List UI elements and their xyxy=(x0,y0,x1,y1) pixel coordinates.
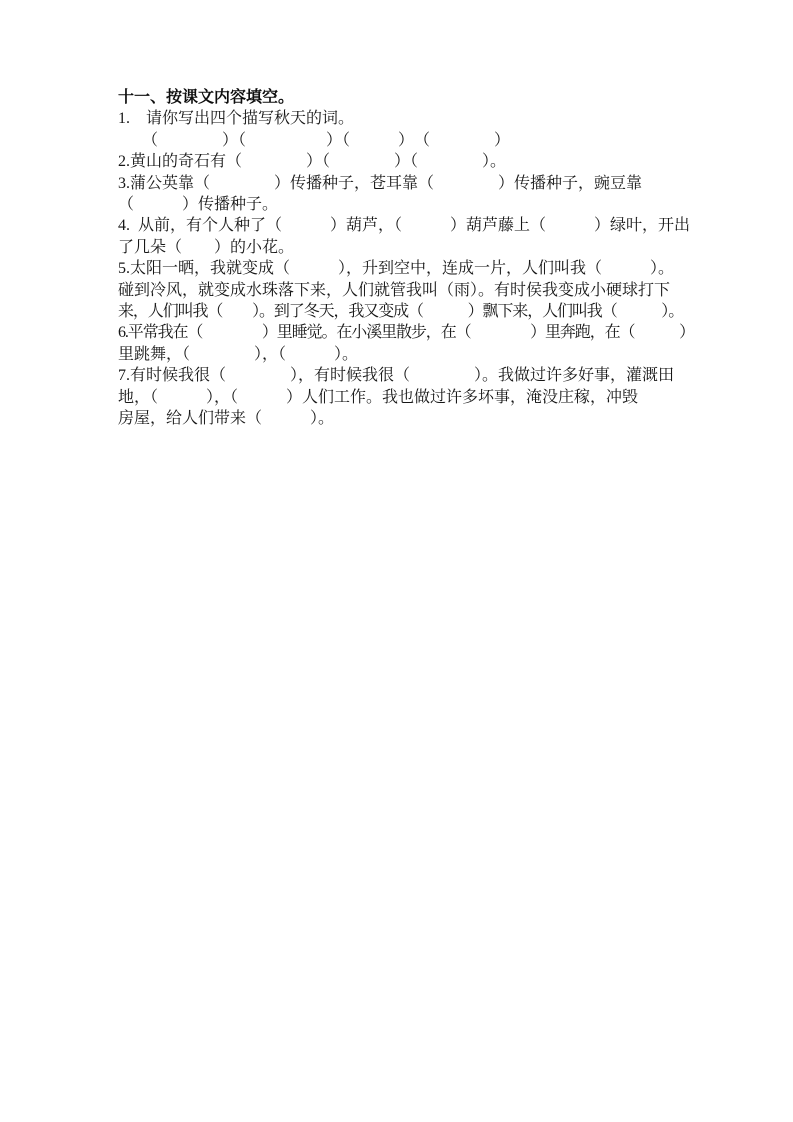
question-5-text-line-1: 5.太阳一晒，我就变成（ ），升到空中，连成一片，人们叫我（ ）。 xyxy=(118,258,688,279)
question-7-text-line-1: 7.有时候我很（ ），有时候我很（ ）。我做过许多好事，灌溉田 xyxy=(118,365,688,386)
question-1-text: 1. 请你写出四个描写秋天的词。 xyxy=(118,108,688,129)
section-heading: 十一、按课文内容填空。 xyxy=(118,87,688,108)
question-7-text-line-3: 房屋，给人们带来（ ）。 xyxy=(118,408,688,429)
question-3-text-line-2: （ ）传播种子。 xyxy=(118,194,688,215)
question-6-text-line-2: 里跳舞，（ ），（ ）。 xyxy=(118,344,688,365)
question-7-text-line-2: 地，（ ），（ ）人们工作。我也做过许多坏事，淹没庄稼，冲毁 xyxy=(118,387,688,408)
document-page: 十一、按课文内容填空。 1. 请你写出四个描写秋天的词。 （ ）（ ）（ ） （… xyxy=(0,0,793,1122)
question-1-blanks: （ ）（ ）（ ） （ ） xyxy=(118,130,688,151)
question-5-text-line-2: 碰到冷风，就变成水珠落下来，人们就管我叫（雨）。有时侯我变成小硬球打下 xyxy=(118,280,688,301)
question-6-text-line-1: 6.平常我在（ ）里睡觉。在小溪里散步，在（ ）里奔跑，在（ ） xyxy=(118,322,688,343)
question-4-text-line-1: 4. 从前，有个人种了（ ）葫芦，（ ）葫芦藤上（ ）绿叶，开出 xyxy=(118,215,688,236)
question-5-text-line-3: 来，人们叫我（ ）。到了冬天，我又变成（ ）飘下来，人们叫我（ ）。 xyxy=(118,301,688,322)
question-2-text: 2.黄山的奇石有（ ）（ ）（ ）。 xyxy=(118,151,688,172)
question-3-text-line-1: 3.蒲公英靠（ ）传播种子，苍耳靠（ ）传播种子，豌豆靠 xyxy=(118,173,688,194)
question-4-text-line-2: 了几朵（ ）的小花。 xyxy=(118,237,688,258)
worksheet-body: 十一、按课文内容填空。 1. 请你写出四个描写秋天的词。 （ ）（ ）（ ） （… xyxy=(118,87,688,430)
